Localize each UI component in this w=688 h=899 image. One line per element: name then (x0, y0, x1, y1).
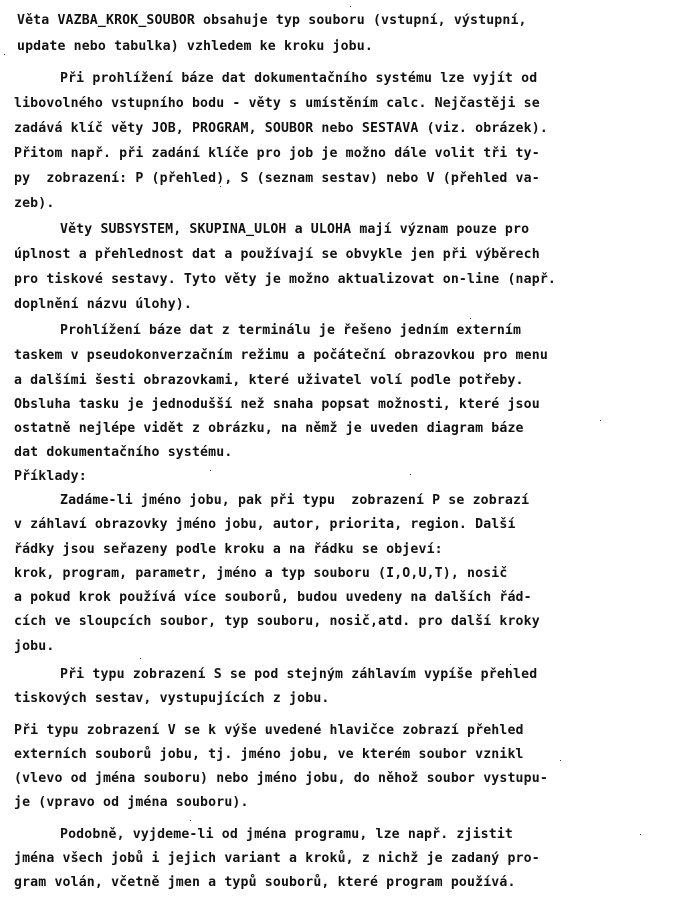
section-heading: Příklady: (14, 470, 87, 483)
scan-speck (510, 664, 511, 665)
scan-speck (210, 470, 211, 471)
scan-speck (4, 54, 5, 55)
text-line: Podobně, vyjdeme-li od jména programu, l… (60, 828, 513, 841)
text-line: tiskových sestav, vystupujících z jobu. (14, 692, 330, 705)
scan-speck (190, 820, 191, 821)
text-line: doplnění názvu úlohy). (14, 298, 192, 311)
text-line: Věta VAZBA_KROK_SOUBOR obsahuje typ soub… (17, 14, 527, 27)
scan-speck (220, 186, 221, 187)
text-line: a pokud krok používá více souborů, budou… (14, 591, 532, 604)
text-line: py zobrazení: P (přehled), S (seznam ses… (14, 172, 540, 185)
text-line: Věty SUBSYSTEM, SKUPINA_ULOH a ULOHA maj… (60, 223, 529, 236)
scan-speck (140, 658, 141, 659)
text-line: Zadáme-li jméno jobu, pak při typu zobra… (60, 494, 529, 507)
scan-speck (600, 420, 601, 421)
scan-speck (410, 474, 411, 475)
scan-speck (350, 6, 351, 7)
text-line: taskem v pseudokonverzačním režimu a poč… (14, 349, 548, 362)
text-line: jobu. (14, 640, 54, 653)
text-line: Prohlížení báze dat z terminálu je řešen… (60, 324, 521, 337)
text-line: Při typu zobrazení S se pod stejným záhl… (60, 668, 537, 681)
text-line: zeb). (14, 197, 54, 210)
text-line: ostatně nejlépe vidět z obrázku, na němž… (14, 422, 524, 435)
text-line: cích ve sloupcích soubor, typ souboru, n… (14, 615, 540, 628)
text-line: Při prohlížení báze dat dokumentačního s… (60, 72, 537, 85)
text-line: update nebo tabulka) vzhledem ke kroku j… (17, 40, 373, 53)
text-line: jména všech jobů i jejich variant a krok… (14, 852, 540, 865)
text-line: je (vpravo od jména souboru). (14, 796, 249, 809)
text-line: libovolného vstupního bodu - věty s umís… (14, 97, 540, 110)
text-line: (vlevo od jména souboru) nebo jméno jobu… (14, 772, 548, 785)
scan-speck (640, 834, 641, 835)
scan-speck (470, 318, 471, 319)
text-line: Při typu zobrazení V se k výše uvedené h… (14, 724, 524, 737)
text-line: externích souborů jobu, tj. jméno jobu, … (14, 748, 524, 761)
text-line: Přitom např. při zadání klíče pro job je… (14, 147, 540, 160)
text-line: v záhlaví obrazovky jméno jobu, autor, p… (14, 518, 516, 531)
text-line: pro tiskové sestavy. Tyto věty je možno … (14, 273, 556, 286)
scanned-document-page: Věta VAZBA_KROK_SOUBOR obsahuje typ soub… (0, 0, 688, 899)
text-line: krok, program, parametr, jméno a typ sou… (14, 567, 507, 580)
text-line: úplnost a přehlednost dat a používají se… (14, 248, 540, 261)
text-line: dat dokumentačního systému. (14, 446, 232, 459)
text-line: gram volán, včetně jmen a typů souborů, … (14, 876, 516, 889)
text-line: řádky jsou seřazeny podle kroku a na řád… (14, 543, 443, 556)
text-line: Obsluha tasku je jednodušší než snaha po… (14, 398, 540, 411)
scan-speck (560, 760, 561, 761)
text-line: a dalšími šesti obrazovkami, které uživa… (14, 374, 524, 387)
text-line: zadává klíč věty JOB, PROGRAM, SOUBOR ne… (14, 122, 548, 135)
